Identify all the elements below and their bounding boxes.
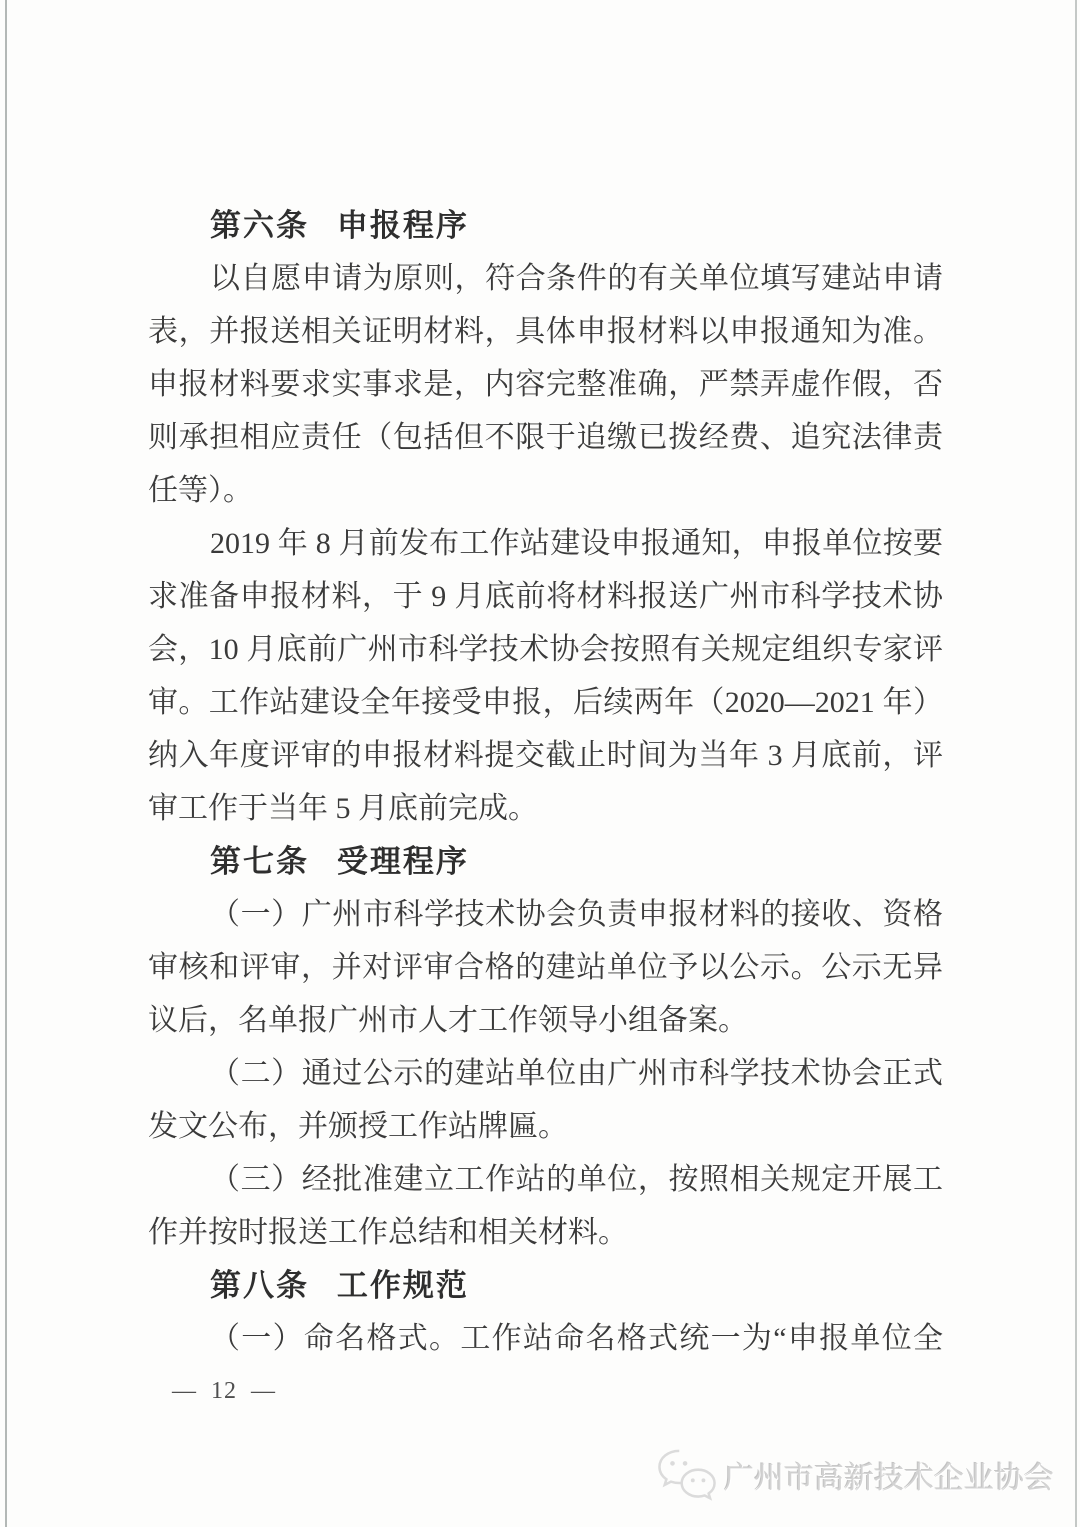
- paragraph: 以自愿申请为原则，符合条件的有关单位填写建站申请表，并报送相关证明材料，具体申报…: [148, 252, 943, 517]
- article-heading: 第七条受理程序: [148, 835, 943, 888]
- text-line: 任等）。: [148, 464, 943, 517]
- article-heading: 第六条申报程序: [148, 199, 943, 252]
- article-title: 受理程序: [337, 844, 469, 879]
- wechat-icon: [656, 1446, 718, 1504]
- text-line: 则承担相应责任（包括但不限于追缴已拨经费、追究法律责: [148, 411, 943, 464]
- document-body: 第六条申报程序以自愿申请为原则，符合条件的有关单位填写建站申请表，并报送相关证明…: [148, 199, 943, 1365]
- text-line: （一）命名格式。工作站命名格式统一为“申报单位全: [148, 1312, 943, 1365]
- text-line: 表，并报送相关证明材料，具体申报材料以申报通知为准。: [148, 305, 943, 358]
- paragraph: 2019 年 8 月前发布工作站建设申报通知，申报单位按要求准备申报材料，于 9…: [148, 517, 943, 835]
- paragraph: （一）命名格式。工作站命名格式统一为“申报单位全: [148, 1312, 943, 1365]
- text-line: 求准备申报材料，于 9 月底前将材料报送广州市科学技术协: [148, 570, 943, 623]
- text-line: 申报材料要求实事求是，内容完整准确，严禁弄虚作假，否: [148, 358, 943, 411]
- text-line: 作并按时报送工作总结和相关材料。: [148, 1206, 943, 1259]
- text-line: 审工作于当年 5 月底前完成。: [148, 782, 943, 835]
- text-line: 纳入年度评审的申报材料提交截止时间为当年 3 月底前，评: [148, 729, 943, 782]
- page-left-edge: [5, 0, 7, 1527]
- article-title: 申报程序: [337, 208, 469, 243]
- article-number: 第八条: [210, 1268, 309, 1303]
- paragraph: （三）经批准建立工作站的单位，按照相关规定开展工作并按时报送工作总结和相关材料。: [148, 1153, 943, 1259]
- page-number-dash-right: —: [251, 1378, 276, 1404]
- page-number: —12—: [172, 1378, 276, 1405]
- page-number-value: 12: [211, 1378, 237, 1404]
- text-line: 审。工作站建设全年接受申报，后续两年（2020—2021 年）: [148, 676, 943, 729]
- scanned-document-page: 第六条申报程序以自愿申请为原则，符合条件的有关单位填写建站申请表，并报送相关证明…: [0, 0, 1080, 1527]
- page-number-dash-left: —: [172, 1378, 197, 1404]
- text-line: 以自愿申请为原则，符合条件的有关单位填写建站申请: [148, 252, 943, 305]
- text-line: 会，10 月底前广州市科学技术协会按照有关规定组织专家评: [148, 623, 943, 676]
- page-right-edge: [1075, 0, 1077, 1527]
- text-line: 议后，名单报广州市人才工作领导小组备案。: [148, 994, 943, 1047]
- text-line: 发文公布，并颁授工作站牌匾。: [148, 1100, 943, 1153]
- article-number: 第六条: [210, 208, 309, 243]
- paragraph: （二）通过公示的建站单位由广州市科学技术协会正式发文公布，并颁授工作站牌匾。: [148, 1047, 943, 1153]
- article-heading: 第八条工作规范: [148, 1259, 943, 1312]
- article-number: 第七条: [210, 844, 309, 879]
- watermark-text: 广州市高新技术企业协会: [724, 1453, 1054, 1497]
- text-line: （三）经批准建立工作站的单位，按照相关规定开展工: [148, 1153, 943, 1206]
- text-line: （二）通过公示的建站单位由广州市科学技术协会正式: [148, 1047, 943, 1100]
- text-line: （一）广州市科学技术协会负责申报材料的接收、资格: [148, 888, 943, 941]
- text-line: 2019 年 8 月前发布工作站建设申报通知，申报单位按要: [148, 517, 943, 570]
- watermark: 广州市高新技术企业协会: [656, 1446, 1054, 1504]
- article-title: 工作规范: [337, 1268, 469, 1303]
- text-line: 审核和评审，并对评审合格的建站单位予以公示。公示无异: [148, 941, 943, 994]
- paragraph: （一）广州市科学技术协会负责申报材料的接收、资格审核和评审，并对评审合格的建站单…: [148, 888, 943, 1047]
